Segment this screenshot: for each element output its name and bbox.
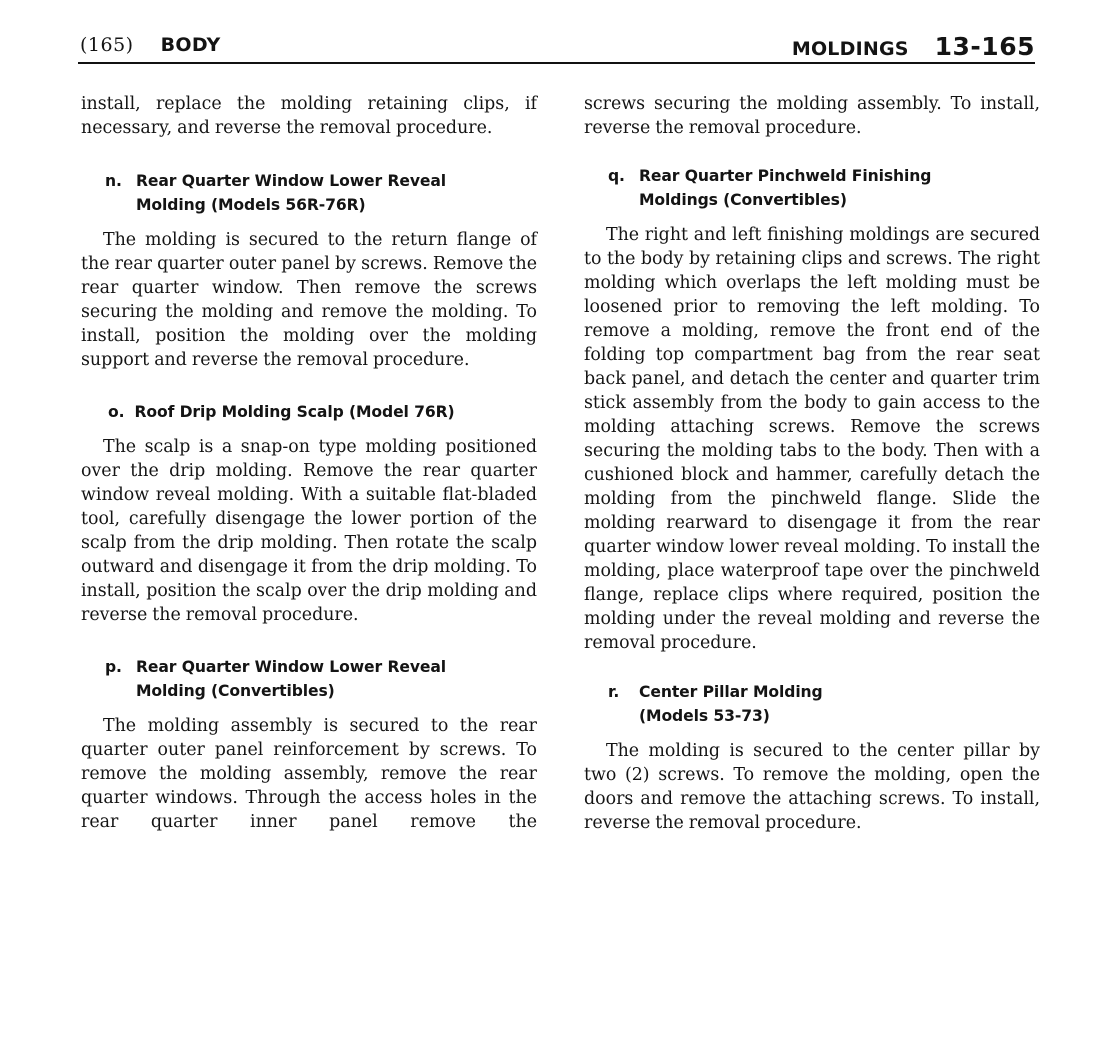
section-title-line: Center Pillar Molding <box>639 680 1040 704</box>
section-letter: o. <box>108 403 124 421</box>
section-title: BODY <box>161 34 221 56</box>
section-heading-q: q. Rear Quarter Pinchweld Finishing Mold… <box>584 164 1040 212</box>
header-right: MOLDINGS 13-165 <box>792 32 1035 61</box>
section-letter: n. <box>105 169 122 193</box>
section-title-line: Roof Drip Molding Scalp (Model 76R) <box>134 403 454 421</box>
section-title-line: (Models 53-73) <box>639 704 1040 728</box>
section-body-n: The molding is secured to the return fla… <box>81 228 537 372</box>
section-title-line: Rear Quarter Window Lower Reveal <box>136 169 537 193</box>
section-title-line: Moldings (Convertibles) <box>639 188 1040 212</box>
page-header: (165) BODY MOLDINGS 13-165 <box>78 34 1035 64</box>
continuation-paragraph: install, replace the molding retaining c… <box>81 92 537 140</box>
section-body-p: The molding assembly is secured to the r… <box>81 714 537 834</box>
section-body-q: The right and left finishing moldings ar… <box>584 223 1040 655</box>
folio-number: 13-165 <box>935 32 1035 61</box>
section-heading-n: n. Rear Quarter Window Lower Reveal Mold… <box>81 169 537 217</box>
section-letter: p. <box>105 655 122 679</box>
section-letter: q. <box>608 164 625 188</box>
right-column: screws securing the molding assembly. To… <box>584 92 1040 835</box>
header-left: (165) BODY <box>80 34 221 56</box>
section-heading-r: r. Center Pillar Molding (Models 53-73) <box>584 680 1040 728</box>
section-title-line: Rear Quarter Window Lower Reveal <box>136 655 537 679</box>
section-body-o: The scalp is a snap-on type molding posi… <box>81 435 537 627</box>
section-title-line: Molding (Convertibles) <box>136 679 537 703</box>
section-letter: r. <box>608 680 619 704</box>
continuation-paragraph: screws securing the molding assembly. To… <box>584 92 1040 140</box>
section-heading-p: p. Rear Quarter Window Lower Reveal Mold… <box>81 655 537 703</box>
section-heading-o: o.Roof Drip Molding Scalp (Model 76R) <box>81 400 537 424</box>
page-number: (165) <box>80 34 134 56</box>
section-body-r: The molding is secured to the center pil… <box>584 739 1040 835</box>
left-column: install, replace the molding retaining c… <box>81 92 537 834</box>
section-title-line: Rear Quarter Pinchweld Finishing <box>639 164 1040 188</box>
section-title-line: Molding (Models 56R-76R) <box>136 193 537 217</box>
topic-title: MOLDINGS <box>792 38 909 60</box>
